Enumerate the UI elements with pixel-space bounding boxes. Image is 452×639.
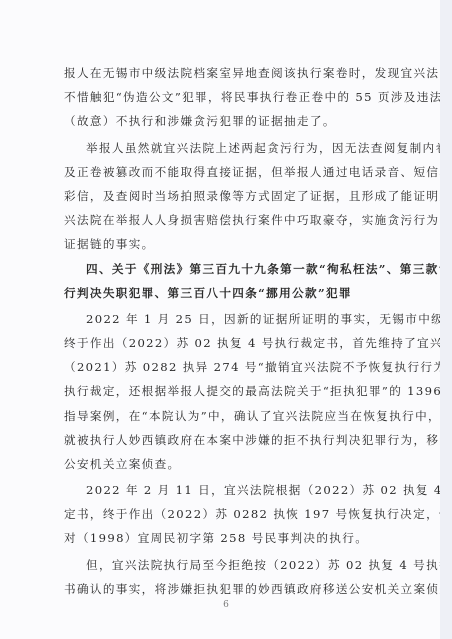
section-heading-line: 四、关于《刑法》第三百九十九条第一款“徇私枉法”、第三款“执 bbox=[86, 262, 452, 276]
paragraph-line: 就被执行人妙西镇政府在本案中涉嫌的拒不执行判决犯罪行为，移送 bbox=[64, 433, 452, 447]
paragraph-line: 2022 年 1 月 25 日，因新的证据所证明的事实，无锡市中级法院 bbox=[86, 312, 452, 326]
paragraph-line: 证据链的事实。 bbox=[64, 237, 155, 251]
paragraph-line: 指导案例，在“本院认为”中，确认了宜兴法院应当在恢复执行中， bbox=[64, 409, 441, 423]
paragraph-line: 但，宜兴法院执行局至今拒绝按（2022）苏 02 执复 4 号执行裁定 bbox=[86, 558, 452, 572]
paragraph-line: 报人在无锡市中级法院档案室异地查阅该执行案卷时，发现宜兴法院 bbox=[64, 66, 452, 80]
paragraph-line: 及正卷被篡改而不能取得直接证据，但举报人通过电话录音、短信、 bbox=[64, 165, 452, 179]
paragraph-line: 定书，终于作出（2022）苏 0282 执恢 197 号恢复执行决定，恢复了 bbox=[64, 507, 452, 521]
document-page: 报人在无锡市中级法院档案室异地查阅该执行案卷时，发现宜兴法院不惜触犯“伪造公文”… bbox=[0, 0, 440, 639]
paragraph-line: （故意）不执行和涉嫌贪污犯罪的证据抽走了。 bbox=[64, 114, 336, 128]
paragraph-line: 不惜触犯“伪造公文”犯罪，将民事执行卷正卷中的 55 页涉及违法 bbox=[64, 90, 443, 104]
paragraph-line: 兴法院在举报人人身损害赔偿执行案件中巧取豪夺，实施贪污行为的 bbox=[64, 213, 452, 227]
paragraph-line: 对（1998）宜周民初字第 258 号民事判决的执行。 bbox=[64, 531, 368, 545]
paragraph-line: （2021）苏 0282 执异 274 号“撤销宜兴法院不予恢复执行行为”的 bbox=[64, 360, 452, 374]
page-number: 6 bbox=[0, 600, 452, 610]
paragraph-line: 执行裁定，还根据举报人提交的最高法院关于“拒执犯罪”的 1396 号 bbox=[64, 384, 452, 398]
paragraph-line: 公安机关立案侦查。 bbox=[64, 457, 181, 471]
paragraph-line: 2022 年 2 月 11 日，宜兴法院根据（2022）苏 02 执复 4 号执… bbox=[86, 483, 452, 497]
scan-margin bbox=[440, 0, 452, 639]
paragraph-line: 终于作出（2022）苏 02 执复 4 号执行裁定书，首先维持了宜兴法院 bbox=[64, 336, 452, 350]
section-heading-line: 行判决失职犯罪、第三百八十四条“挪用公款”犯罪 bbox=[64, 286, 352, 300]
paragraph-line: 彩信，及查阅时当场拍照录像等方式固定了证据，且形成了能证明宜 bbox=[64, 189, 452, 203]
paragraph-line: 举报人虽然就宜兴法院上述两起贪污行为，因无法查阅复制内卷， bbox=[86, 141, 452, 155]
paragraph-line: 书确认的事实，将涉嫌拒执犯罪的妙西镇政府移送公安机关立案侦查， bbox=[64, 582, 452, 596]
